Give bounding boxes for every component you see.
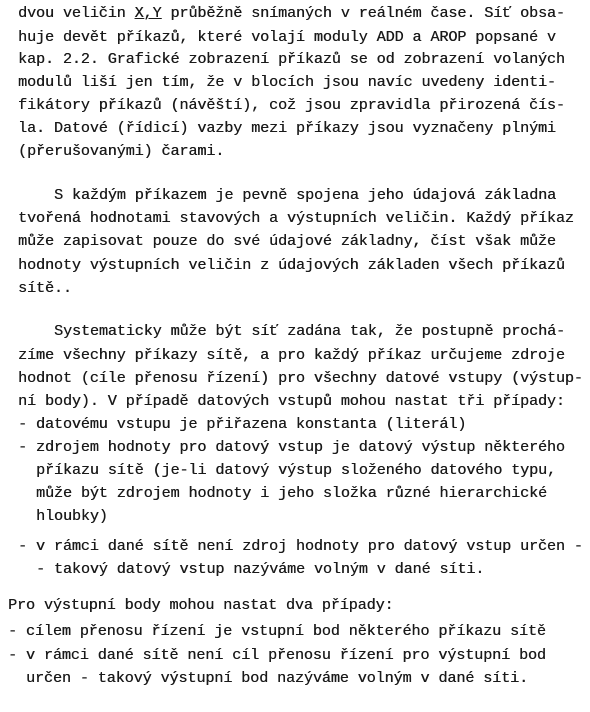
text-line: fikátory příkazů (návěští), což jsou zpr… [18,96,565,114]
text-line: zíme všechny příkazy sítě, a pro každý p… [18,346,565,364]
text-line: příkazu sítě (je-li datový výstup složen… [36,461,556,479]
text-line: - v rámci dané sítě není zdroj hodnoty p… [18,537,583,555]
text-line: může být zdrojem hodnoty i jeho složka r… [36,484,547,502]
typewritten-page: dvou veličin X,Y průběžně snímaných v re… [0,0,590,712]
text-line: určen - takový výstupní bod nazýváme vol… [26,669,528,687]
text-line: huje devět příkazů, které volají moduly … [18,28,556,46]
text-line: S každým příkazem je pevně spojena jeho … [54,186,556,204]
text-line: (přerušovanými) čarami. [18,142,224,160]
text-line: - zdrojem hodnoty pro datový vstup je da… [18,438,565,456]
text-line: Systematicky může být síť zadána tak, že… [54,322,565,340]
text-line: la. Datové (řídicí) vazby mezi příkazy j… [18,119,556,137]
text-segment: dvou veličin [18,4,135,22]
text-line: může zapisovat pouze do své údajové zákl… [18,232,556,250]
text-line: modulů liší jen tím, že v blocích jsou n… [18,73,556,91]
text-line: dvou veličin X,Y průběžně snímaných v re… [18,4,565,22]
text-line: hodnoty výstupních veličin z údajových z… [18,256,565,274]
output-intro: Pro výstupní body mohou nastat dva přípa… [8,596,393,614]
text-line: kap. 2.2. Grafické zobrazení příkazů se … [18,50,565,68]
underlined-variables: X,Y [135,4,162,22]
text-line: sítě.. [18,279,72,297]
text-line: - cílem přenosu řízení je vstupní bod ně… [8,622,546,640]
text-line: tvořená hodnotami stavových a výstupních… [18,209,574,227]
text-line: - v rámci dané sítě není cíl přenosu říz… [8,646,546,664]
text-line: - takový datový vstup nazýváme volným v … [36,560,484,578]
text-line: hloubky) [36,507,108,525]
text-segment: průběžně snímaných v reálném čase. Síť o… [161,4,564,22]
text-line: ní body). V případě datových vstupů moho… [18,392,565,410]
text-line: - datovému vstupu je přiřazena konstanta… [18,415,466,433]
text-line: hodnot (cíle přenosu řízení) pro všechny… [18,369,583,387]
